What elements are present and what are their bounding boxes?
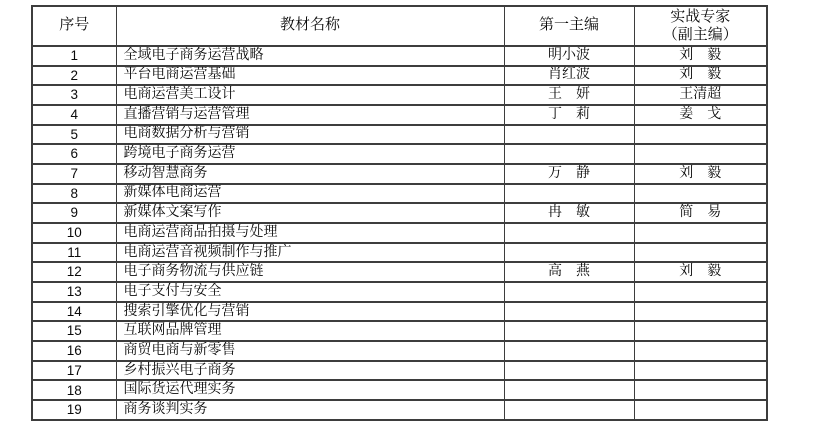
cell-serial: 12 bbox=[32, 262, 116, 282]
cell-expert bbox=[634, 282, 767, 302]
cell-expert bbox=[634, 361, 767, 381]
cell-expert bbox=[634, 321, 767, 341]
cell-serial: 13 bbox=[32, 282, 116, 302]
cell-expert: 简 易 bbox=[634, 203, 767, 223]
cell-expert: 刘 毅 bbox=[634, 262, 767, 282]
column-header-serial: 序号 bbox=[32, 6, 116, 46]
cell-expert: 刘 毅 bbox=[634, 164, 767, 184]
cell-title: 电商数据分析与营销 bbox=[116, 125, 504, 145]
table-row: 19 商务谈判实务 bbox=[32, 400, 767, 420]
table-row: 18 国际货运代理实务 bbox=[32, 380, 767, 400]
cell-editor bbox=[504, 243, 634, 263]
cell-editor: 丁 莉 bbox=[504, 105, 634, 125]
cell-title: 跨境电子商务运营 bbox=[116, 144, 504, 164]
cell-title: 电子商务物流与供应链 bbox=[116, 262, 504, 282]
cell-title: 移动智慧商务 bbox=[116, 164, 504, 184]
table-row: 8 新媒体电商运营 bbox=[32, 184, 767, 204]
cell-serial: 16 bbox=[32, 341, 116, 361]
cell-title: 乡村振兴电子商务 bbox=[116, 361, 504, 381]
cell-title: 新媒体电商运营 bbox=[116, 184, 504, 204]
cell-editor: 王 妍 bbox=[504, 85, 634, 105]
cell-editor: 肖红波 bbox=[504, 66, 634, 86]
textbook-table: 序号 教材名称 第一主编 实战专家 （副主编） 1 全域电子商务运营战略 明小波… bbox=[31, 5, 768, 421]
cell-title: 电商运营商品拍摄与处理 bbox=[116, 223, 504, 243]
cell-editor bbox=[504, 380, 634, 400]
cell-serial: 6 bbox=[32, 144, 116, 164]
cell-title: 商务谈判实务 bbox=[116, 400, 504, 420]
cell-editor: 高 燕 bbox=[504, 262, 634, 282]
cell-expert bbox=[634, 302, 767, 322]
table-row: 6 跨境电子商务运营 bbox=[32, 144, 767, 164]
cell-expert: 刘 毅 bbox=[634, 46, 767, 66]
header-row: 序号 教材名称 第一主编 实战专家 （副主编） bbox=[32, 6, 767, 46]
cell-editor: 明小波 bbox=[504, 46, 634, 66]
cell-editor bbox=[504, 302, 634, 322]
table-row: 17 乡村振兴电子商务 bbox=[32, 361, 767, 381]
cell-title: 搜索引擎优化与营销 bbox=[116, 302, 504, 322]
cell-editor bbox=[504, 223, 634, 243]
table-row: 2 平台电商运营基础 肖红波 刘 毅 bbox=[32, 66, 767, 86]
cell-serial: 7 bbox=[32, 164, 116, 184]
cell-expert: 王清超 bbox=[634, 85, 767, 105]
cell-serial: 15 bbox=[32, 321, 116, 341]
cell-title: 平台电商运营基础 bbox=[116, 66, 504, 86]
table-row: 13 电子支付与安全 bbox=[32, 282, 767, 302]
cell-editor bbox=[504, 125, 634, 145]
cell-editor bbox=[504, 341, 634, 361]
cell-expert: 刘 毅 bbox=[634, 66, 767, 86]
cell-title: 全域电子商务运营战略 bbox=[116, 46, 504, 66]
cell-serial: 8 bbox=[32, 184, 116, 204]
cell-title: 互联网品牌管理 bbox=[116, 321, 504, 341]
table-row: 5 电商数据分析与营销 bbox=[32, 125, 767, 145]
table-row: 16 商贸电商与新零售 bbox=[32, 341, 767, 361]
table-row: 14 搜索引擎优化与营销 bbox=[32, 302, 767, 322]
cell-editor bbox=[504, 184, 634, 204]
table-row: 15 互联网品牌管理 bbox=[32, 321, 767, 341]
table-row: 3 电商运营美工设计 王 妍 王清超 bbox=[32, 85, 767, 105]
table-row: 12 电子商务物流与供应链 高 燕 刘 毅 bbox=[32, 262, 767, 282]
cell-expert bbox=[634, 400, 767, 420]
cell-expert bbox=[634, 341, 767, 361]
table-body: 1 全域电子商务运营战略 明小波 刘 毅 2 平台电商运营基础 肖红波 刘 毅 … bbox=[32, 46, 767, 420]
cell-title: 国际货运代理实务 bbox=[116, 380, 504, 400]
cell-expert bbox=[634, 144, 767, 164]
table-row: 11 电商运营音视频制作与推广 bbox=[32, 243, 767, 263]
cell-title: 直播营销与运营管理 bbox=[116, 105, 504, 125]
cell-serial: 18 bbox=[32, 380, 116, 400]
cell-serial: 17 bbox=[32, 361, 116, 381]
cell-serial: 10 bbox=[32, 223, 116, 243]
cell-serial: 4 bbox=[32, 105, 116, 125]
cell-expert bbox=[634, 125, 767, 145]
table-row: 4 直播营销与运营管理 丁 莉 姜 戈 bbox=[32, 105, 767, 125]
cell-title: 商贸电商与新零售 bbox=[116, 341, 504, 361]
column-header-expert: 实战专家 （副主编） bbox=[634, 6, 767, 46]
cell-title: 电子支付与安全 bbox=[116, 282, 504, 302]
cell-title: 电商运营美工设计 bbox=[116, 85, 504, 105]
table-row: 1 全域电子商务运营战略 明小波 刘 毅 bbox=[32, 46, 767, 66]
cell-serial: 19 bbox=[32, 400, 116, 420]
cell-editor: 万 静 bbox=[504, 164, 634, 184]
table-row: 7 移动智慧商务 万 静 刘 毅 bbox=[32, 164, 767, 184]
cell-expert: 姜 戈 bbox=[634, 105, 767, 125]
cell-editor bbox=[504, 282, 634, 302]
column-header-title: 教材名称 bbox=[116, 6, 504, 46]
cell-editor bbox=[504, 361, 634, 381]
cell-serial: 5 bbox=[32, 125, 116, 145]
cell-serial: 14 bbox=[32, 302, 116, 322]
column-header-editor: 第一主编 bbox=[504, 6, 634, 46]
cell-title: 电商运营音视频制作与推广 bbox=[116, 243, 504, 263]
table-row: 9 新媒体文案写作 冉 敏 简 易 bbox=[32, 203, 767, 223]
cell-serial: 3 bbox=[32, 85, 116, 105]
cell-expert bbox=[634, 223, 767, 243]
cell-editor: 冉 敏 bbox=[504, 203, 634, 223]
cell-serial: 11 bbox=[32, 243, 116, 263]
cell-editor bbox=[504, 321, 634, 341]
cell-title: 新媒体文案写作 bbox=[116, 203, 504, 223]
cell-serial: 2 bbox=[32, 66, 116, 86]
cell-editor bbox=[504, 400, 634, 420]
cell-expert bbox=[634, 380, 767, 400]
table-row: 10 电商运营商品拍摄与处理 bbox=[32, 223, 767, 243]
document-page: 序号 教材名称 第一主编 实战专家 （副主编） 1 全域电子商务运营战略 明小波… bbox=[0, 0, 830, 430]
cell-serial: 9 bbox=[32, 203, 116, 223]
cell-expert bbox=[634, 184, 767, 204]
cell-editor bbox=[504, 144, 634, 164]
cell-serial: 1 bbox=[32, 46, 116, 66]
cell-expert bbox=[634, 243, 767, 263]
